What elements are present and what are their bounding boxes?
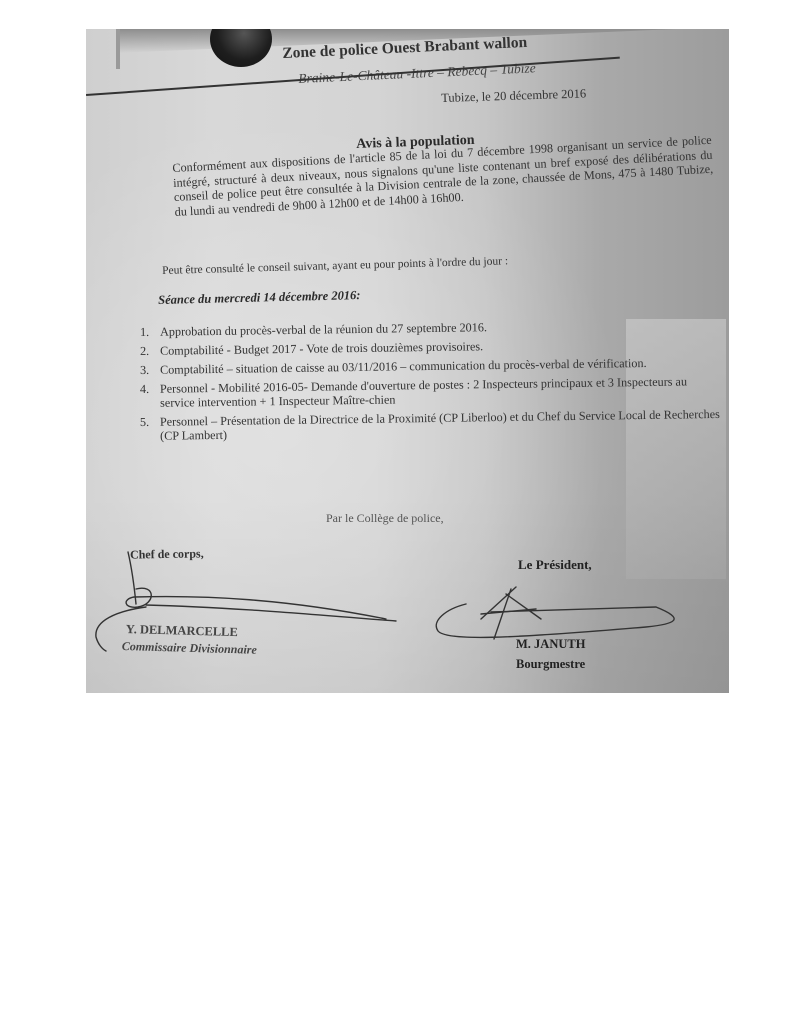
right-signatory-role: Bourgmestre <box>516 657 585 672</box>
left-signatory-name: Y. DELMARCELLE <box>126 622 238 640</box>
right-signatory-name: M. JANUTH <box>516 637 585 652</box>
notice-document: Zone de police Ouest Brabant wallon Brai… <box>86 29 729 693</box>
document-photo: Zone de police Ouest Brabant wallon Brai… <box>86 29 729 693</box>
handwritten-signatures <box>86 29 729 693</box>
